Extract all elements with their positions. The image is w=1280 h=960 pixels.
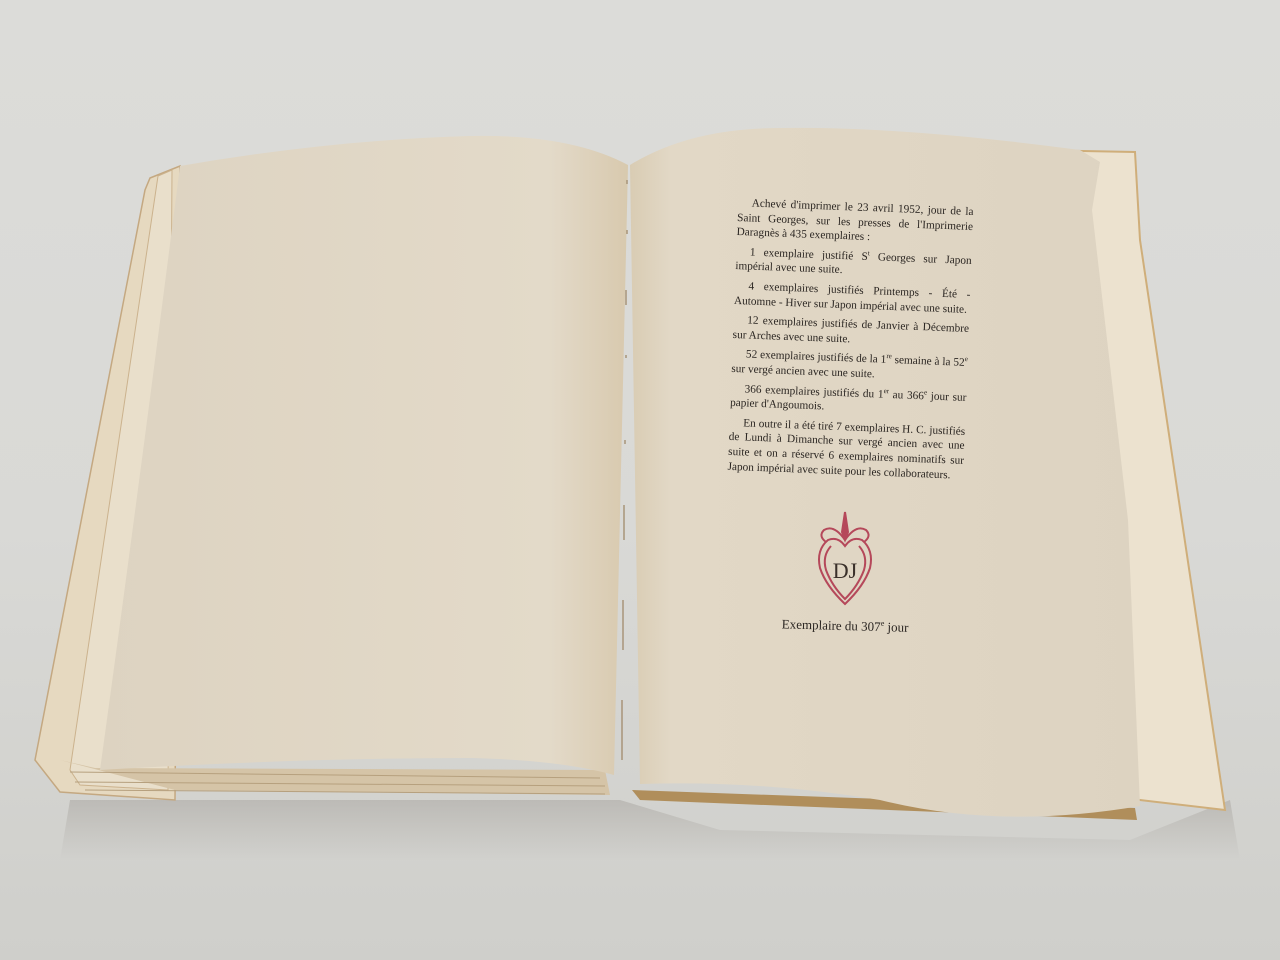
monogram: DJ (833, 558, 858, 583)
colophon-intro: Achevé d'imprimer le 23 avril 1952, jour… (736, 196, 974, 249)
open-book (0, 0, 1280, 960)
colophon-line-seasons: 4 exemplaires justifiés Printemps - Été … (734, 279, 971, 317)
fleur-de-lis-heart-emblem-icon: DJ (814, 510, 876, 606)
colophon-line-days: 366 exemplaires justifiés du 1er au 366e… (730, 381, 967, 419)
copy-number-label: Exemplaire du 307e jour (782, 616, 909, 636)
colophon-line-months: 12 exemplaires justifiés de Janvier à Dé… (732, 313, 969, 351)
colophon-line-st-georges: 1 exemplaire justifié St Georges sur Jap… (735, 245, 972, 283)
colophon-text: Achevé d'imprimer le 23 avril 1952, jour… (727, 196, 974, 488)
colophon-line-hors-commerce: En outre il a été tiré 7 exemplaires H. … (727, 416, 965, 483)
colophon-line-weeks: 52 exemplaires justifiés de la 1re semai… (731, 347, 968, 385)
